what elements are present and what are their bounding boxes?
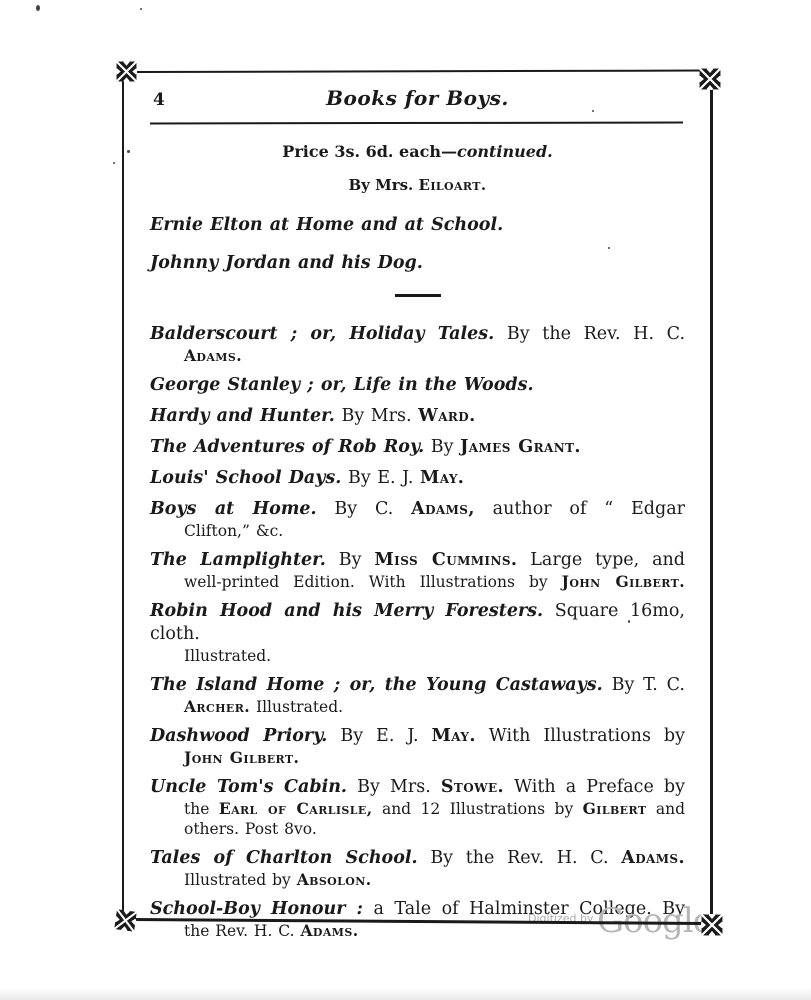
roman-text: author of “ Edgar (475, 499, 685, 519)
scan-speck (113, 162, 115, 164)
name-smallcaps-text: John Gilbert. (562, 572, 685, 591)
name-smallcaps-text: Ward. (418, 406, 475, 426)
price-text: Price 3s. 6d. each— (282, 142, 457, 161)
corner-ornament-top-left-icon (116, 61, 137, 82)
catalog-entry: Louis' School Days. By E. J. May. (150, 467, 685, 490)
roman-text: Clifton,” &c. (184, 522, 283, 540)
catalog-entry: Hardy and Hunter. By Mrs. Ward. (150, 405, 685, 428)
book-title-text: Ernie Elton at Home and at School. (150, 215, 503, 235)
roman-text: Illustrated. (184, 647, 271, 665)
name-smallcaps-text: John Gilbert. (184, 748, 299, 767)
name-smallcaps-text: Adams, (411, 499, 475, 519)
name-smallcaps-text: Absolon. (297, 870, 372, 889)
name-smallcaps-text: Gilbert (583, 799, 647, 818)
book-title-text: Boys at Home. (150, 499, 317, 519)
roman-text: the Rev. H. C. (184, 922, 300, 940)
book-title-text: Johnny Jordan and his Dog. (150, 253, 423, 273)
entry-line: Robin Hood and his Merry Foresters. Squa… (150, 600, 685, 646)
entry-line: Ernie Elton at Home and at School. (150, 212, 685, 238)
roman-text: the (184, 800, 219, 818)
roman-text: With a Preface by (504, 777, 685, 797)
book-title-text: Hardy and Hunter. (150, 406, 335, 426)
name-smallcaps-text: Archer. (184, 697, 250, 716)
entry-line: George Stanley ; or, Life in the Woods. (150, 374, 685, 397)
book-title-text: Uncle Tom's Cabin. (150, 777, 347, 797)
roman-text: others. Post 8vo. (184, 820, 317, 838)
roman-text: Large type, and (517, 550, 685, 570)
roman-text: Illustrated. (250, 698, 343, 716)
name-smallcaps-text: Adams. (184, 346, 242, 365)
corner-ornament-bottom-right-icon (701, 914, 723, 936)
entry-line: Uncle Tom's Cabin. By Mrs. Stowe. With a… (150, 776, 685, 799)
entry-line: Tales of Charlton School. By the Rev. H.… (150, 847, 685, 870)
book-title-text: Tales of Charlton School. (150, 848, 418, 868)
name-smallcaps-text: Adams. (300, 921, 358, 940)
author-heading-prefix: By Mrs. (348, 176, 418, 194)
eiloart-book-list: Ernie Elton at Home and at School.Johnny… (150, 212, 685, 276)
book-title-text: The Lamplighter. (150, 550, 326, 570)
entry-line: Hardy and Hunter. By Mrs. Ward. (150, 405, 685, 428)
border-top (136, 70, 702, 73)
catalog-entry: Tales of Charlton School. By the Rev. H.… (150, 847, 685, 890)
scanned-page: 4 Books for Boys. Price 3s. 6d. each—con… (0, 0, 811, 1000)
entry-line: The Island Home ; or, the Young Castaway… (150, 674, 685, 697)
catalog-entry: The Lamplighter. By Miss Cummins. Large … (150, 549, 685, 592)
name-smallcaps-text: May. (432, 726, 476, 746)
catalog-entry: George Stanley ; or, Life in the Woods. (150, 374, 685, 397)
name-smallcaps-text: Earl of Carlisle, (219, 799, 373, 818)
book-title-text: School-Boy Honour : (150, 899, 363, 919)
scan-speck (592, 110, 594, 112)
roman-text: By (424, 437, 460, 457)
corner-ornament-bottom-left-icon (114, 909, 138, 933)
roman-text: By T. C. (603, 675, 685, 695)
book-title-text: Balderscourt ; or, Holiday Tales. (150, 324, 494, 344)
catalog-entry-list: Balderscourt ; or, Holiday Tales. By the… (150, 323, 685, 941)
book-title-text: Robin Hood and his Merry Foresters. (150, 601, 543, 621)
roman-text: By Mrs. (335, 406, 418, 426)
entry-line: Louis' School Days. By E. J. May. (150, 467, 685, 490)
roman-text: By E. J. (327, 726, 431, 746)
catalog-entry: The Island Home ; or, the Young Castaway… (150, 674, 685, 717)
section-divider (395, 294, 441, 297)
name-smallcaps-text: James Grant. (460, 437, 581, 457)
entry-line: Dashwood Priory. By E. J. May. With Illu… (150, 725, 685, 748)
name-smallcaps-text: Stowe. (441, 777, 504, 797)
roman-text: By the Rev. H. C. (418, 848, 622, 868)
roman-text: With Illustrations by (476, 726, 685, 746)
scan-speck (140, 8, 142, 10)
author-heading: By Mrs. Eiloart. (150, 176, 685, 194)
catalog-entry: The Adventures of Rob Roy. By James Gran… (150, 436, 685, 459)
catalog-entry: Ernie Elton at Home and at School. (150, 212, 685, 238)
name-smallcaps-text: Miss Cummins. (374, 550, 517, 570)
entry-line: Boys at Home. By C. Adams, author of “ E… (150, 498, 685, 521)
border-left (122, 80, 124, 913)
roman-text: By E. J. (341, 468, 420, 488)
entry-line: Balderscourt ; or, Holiday Tales. By the… (150, 323, 685, 346)
entry-line: The Lamplighter. By Miss Cummins. Large … (150, 549, 685, 572)
price-continued-text: continued. (457, 142, 553, 161)
catalog-body: Ernie Elton at Home and at School.Johnny… (150, 212, 685, 949)
book-title-text: Louis' School Days. (150, 468, 341, 488)
entry-line: Adams. (150, 346, 685, 366)
catalog-entry: Uncle Tom's Cabin. By Mrs. Stowe. With a… (150, 776, 685, 839)
catalog-entry: Dashwood Priory. By E. J. May. With Illu… (150, 725, 685, 768)
entry-line: Illustrated by Absolon. (150, 870, 685, 890)
catalog-entry: Balderscourt ; or, Holiday Tales. By the… (150, 323, 685, 366)
book-title-text: George Stanley ; or, Life in the Woods. (150, 375, 534, 395)
entry-line: well-printed Edition. With Illustrations… (150, 572, 685, 592)
name-smallcaps-text: Adams. (621, 848, 685, 868)
catalog-entry: Boys at Home. By C. Adams, author of “ E… (150, 498, 685, 541)
entry-line: the Earl of Carlisle, and 12 Illustratio… (150, 799, 685, 819)
entry-line: Clifton,” &c. (150, 521, 685, 541)
roman-text: and (646, 800, 685, 818)
book-title-text: Dashwood Priory. (150, 726, 327, 746)
entry-line: Johnny Jordan and his Dog. (150, 250, 685, 276)
roman-text: well-printed Edition. With Illustrations… (184, 573, 562, 591)
name-smallcaps-text: May. (420, 468, 464, 488)
roman-text: and 12 Illustrations by (373, 800, 583, 818)
roman-text: By Mrs. (347, 777, 441, 797)
entry-line: John Gilbert. (150, 748, 685, 768)
book-title-text: The Island Home ; or, the Young Castaway… (150, 675, 603, 695)
catalog-entry: Robin Hood and his Merry Foresters. Squa… (150, 600, 685, 666)
border-right (710, 88, 713, 918)
header-rule (150, 122, 683, 125)
price-heading: Price 3s. 6d. each—continued. (150, 142, 685, 161)
roman-text: By (326, 550, 375, 570)
roman-text: By C. (317, 499, 412, 519)
author-heading-name: Eiloart. (419, 176, 487, 194)
roman-text: By the Rev. H. C. (494, 324, 685, 344)
running-title: Books for Boys. (150, 86, 685, 110)
entry-line: Illustrated. (150, 646, 685, 666)
roman-text: Illustrated by (184, 871, 297, 889)
book-title-text: The Adventures of Rob Roy. (150, 437, 424, 457)
entry-line: The Adventures of Rob Roy. By James Gran… (150, 436, 685, 459)
scan-speck (127, 150, 130, 153)
catalog-entry: Johnny Jordan and his Dog. (150, 250, 685, 276)
entry-line: Archer. Illustrated. (150, 697, 685, 717)
scan-speck (36, 5, 40, 11)
corner-ornament-top-right-icon (699, 68, 721, 90)
entry-line: others. Post 8vo. (150, 819, 685, 839)
